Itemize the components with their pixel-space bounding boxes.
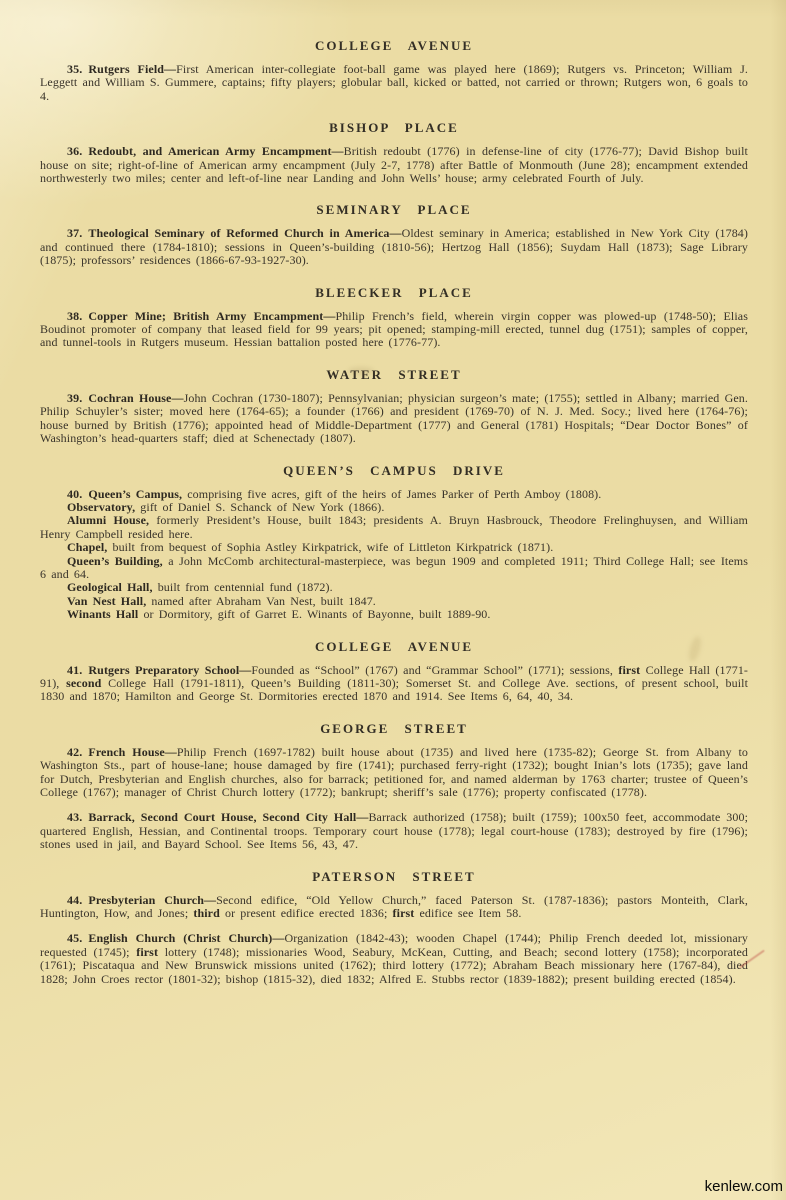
street-section: COLLEGE AVENUE41. Rutgers Preparatory Sc… — [40, 639, 748, 704]
scanned-document-page: COLLEGE AVENUE35. Rutgers Field—First Am… — [0, 0, 786, 1200]
entry-bold-text: 42. French House— — [67, 745, 177, 759]
entry-bold-text: 38. Copper Mine; British Army Encampment… — [67, 309, 335, 323]
entry-paragraph: 44. Presbyterian Church—Second edifice, … — [40, 894, 748, 921]
entry-bold-text: Van Nest Hall, — [67, 594, 146, 608]
entry-paragraph: 39. Cochran House—John Cochran (1730-180… — [40, 392, 748, 446]
street-section: QUEEN’S CAMPUS DRIVE40. Queen’s Campus, … — [40, 463, 748, 622]
entry-text: edifice see Item 58. — [414, 906, 521, 920]
street-heading: SEMINARY PLACE — [40, 202, 748, 217]
street-section: GEORGE STREET42. French House—Philip Fre… — [40, 721, 748, 852]
entry-bold-text: second — [66, 676, 101, 690]
entry-bold-text: 36. Redoubt, and American Army Encampmen… — [67, 144, 344, 158]
document-content: COLLEGE AVENUE35. Rutgers Field—First Am… — [40, 38, 748, 986]
entry-bold-text: Observatory, — [67, 500, 135, 514]
entry-text: or Dormitory, gift of Garret E. Winants … — [138, 607, 490, 621]
entry-bold-text: Chapel, — [67, 540, 107, 554]
street-section: WATER STREET39. Cochran House—John Cochr… — [40, 367, 748, 446]
entry-text: College Hall (1791-1811), Queen’s Buildi… — [40, 676, 748, 703]
entry-text: gift of Daniel S. Schanck of New York (1… — [135, 500, 384, 514]
entry-bold-text: Geological Hall, — [67, 580, 153, 594]
entry-paragraph: Geological Hall, built from centennial f… — [40, 581, 748, 594]
entry-bold-text: first — [618, 663, 640, 677]
entry-paragraph: 40. Queen’s Campus, comprising five acre… — [40, 488, 748, 501]
street-heading: COLLEGE AVENUE — [40, 639, 748, 654]
entry-bold-text: 40. Queen’s Campus, — [67, 487, 182, 501]
entry-paragraph: Alumni House, formerly President’s House… — [40, 514, 748, 541]
paper-smudge — [348, 367, 374, 375]
street-heading: BLEECKER PLACE — [40, 285, 748, 300]
entry-text: or present edifice erected 1836; — [220, 906, 393, 920]
entry-bold-text: first — [136, 945, 158, 959]
street-section: SEMINARY PLACE37. Theological Seminary o… — [40, 202, 748, 267]
entry-paragraph: 37. Theological Seminary of Reformed Chu… — [40, 227, 748, 267]
street-heading: WATER STREET — [40, 367, 748, 382]
entry-bold-text: 43. Barrack, Second Court House, Second … — [67, 810, 368, 824]
watermark-text: kenlew.com — [705, 1178, 783, 1195]
street-heading: GEORGE STREET — [40, 721, 748, 736]
entry-bold-text: 41. Rutgers Preparatory School— — [67, 663, 251, 677]
entry-bold-text: third — [193, 906, 220, 920]
street-section: BLEECKER PLACE38. Copper Mine; British A… — [40, 285, 748, 350]
entry-text: comprising five acres, gift of the heirs… — [182, 487, 601, 501]
entry-paragraph: 38. Copper Mine; British Army Encampment… — [40, 310, 748, 350]
street-heading: PATERSON STREET — [40, 869, 748, 884]
street-section: PATERSON STREET44. Presbyterian Church—S… — [40, 869, 748, 986]
entry-paragraph: 43. Barrack, Second Court House, Second … — [40, 811, 748, 851]
entry-bold-text: 45. English Church (Christ Church)— — [67, 931, 284, 945]
entry-bold-text: Alumni House, — [67, 513, 149, 527]
entry-paragraph: Observatory, gift of Daniel S. Schanck o… — [40, 501, 748, 514]
entry-bold-text: Queen’s Building, — [67, 554, 163, 568]
entry-paragraph: 45. English Church (Christ Church)—Organ… — [40, 932, 748, 986]
entry-bold-text: first — [393, 906, 415, 920]
entry-bold-text: Winants Hall — [67, 607, 138, 621]
entry-bold-text: 44. Presbyterian Church— — [67, 893, 216, 907]
entry-paragraph: Van Nest Hall, named after Abraham Van N… — [40, 595, 748, 608]
street-heading: BISHOP PLACE — [40, 120, 748, 135]
entry-paragraph: 42. French House—Philip French (1697-178… — [40, 746, 748, 800]
entry-text: Founded as “School” (1767) and “Grammar … — [251, 663, 618, 677]
street-heading: QUEEN’S CAMPUS DRIVE — [40, 463, 748, 478]
entry-paragraph: 36. Redoubt, and American Army Encampmen… — [40, 145, 748, 185]
entry-paragraph: Queen’s Building, a John McComb architec… — [40, 555, 748, 582]
entry-paragraph: 35. Rutgers Field—First American inter-c… — [40, 63, 748, 103]
entry-bold-text: 37. Theological Seminary of Reformed Chu… — [67, 226, 402, 240]
entry-paragraph: Chapel, built from bequest of Sophia Ast… — [40, 541, 748, 554]
entry-paragraph: 41. Rutgers Preparatory School—Founded a… — [40, 664, 748, 704]
street-section: COLLEGE AVENUE35. Rutgers Field—First Am… — [40, 38, 748, 103]
entry-text: named after Abraham Van Nest, built 1847… — [146, 594, 376, 608]
entry-text: built from centennial fund (1872). — [153, 580, 333, 594]
entry-bold-text: 39. Cochran House— — [67, 391, 184, 405]
entry-bold-text: 35. Rutgers Field— — [67, 62, 176, 76]
torn-corner — [0, 1150, 112, 1200]
street-heading: COLLEGE AVENUE — [40, 38, 748, 53]
street-section: BISHOP PLACE36. Redoubt, and American Ar… — [40, 120, 748, 185]
entry-paragraph: Winants Hall or Dormitory, gift of Garre… — [40, 608, 748, 621]
entry-text: built from bequest of Sophia Astley Kirk… — [107, 540, 553, 554]
